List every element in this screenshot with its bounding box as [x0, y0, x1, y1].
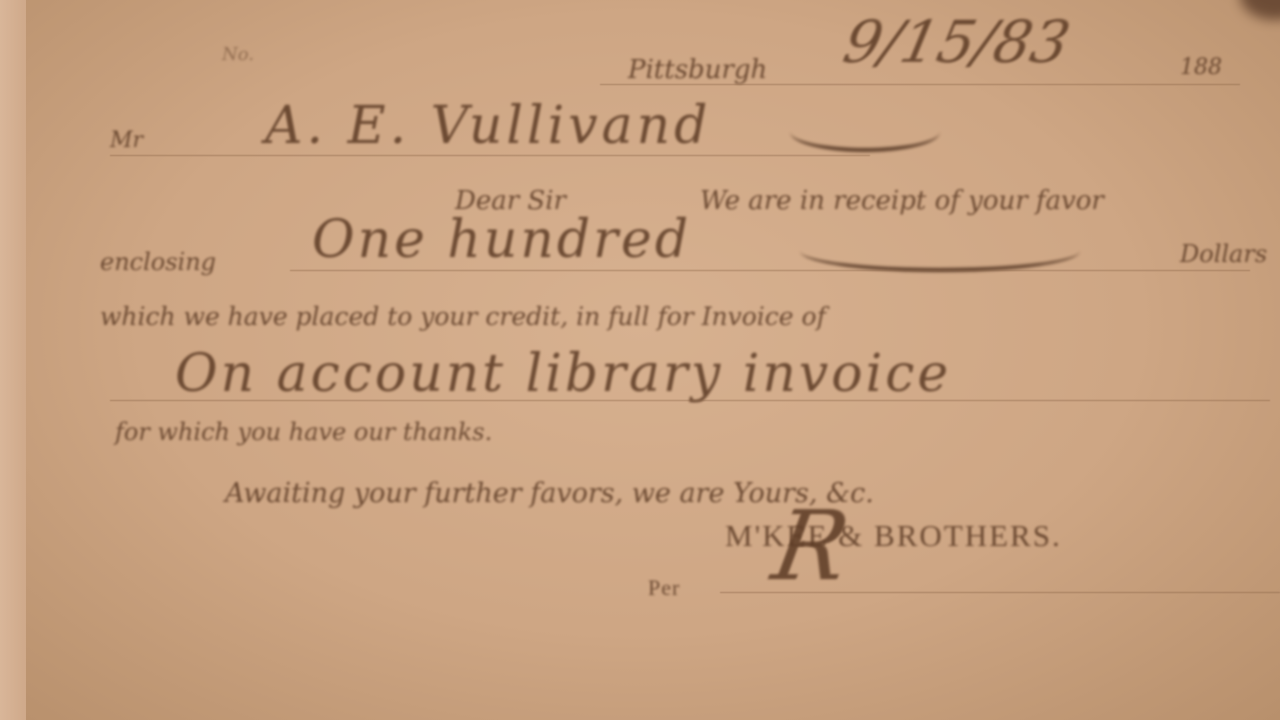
date-rule: [600, 84, 1240, 85]
handwritten-date: 9/15/83: [838, 8, 1076, 76]
receipt-line: We are in receipt of your favor: [700, 186, 1104, 216]
amount-rule: [290, 270, 1250, 271]
ink-blot: [1240, 0, 1280, 20]
invoice-rule: [110, 400, 1270, 401]
name-flourish: [790, 112, 940, 152]
amount-in-words: One hundred: [312, 210, 691, 270]
page-edge: [0, 0, 26, 720]
closing-line: Awaiting your further favors, we are You…: [225, 478, 874, 509]
year-prefix: 188: [1180, 55, 1222, 80]
amount-flourish: [800, 230, 1080, 272]
addressee-name: A. E. Vullivand: [265, 96, 711, 156]
letter-page: No. Pittsburgh 9/15/83 188 Mr A. E. Vull…: [0, 0, 1280, 720]
signature-rule: [720, 592, 1280, 593]
dollars-label: Dollars: [1180, 240, 1267, 268]
invoice-handwritten: On account library invoice: [175, 344, 951, 404]
place-name: Pittsburgh: [628, 55, 767, 85]
number-mark: No.: [222, 44, 254, 65]
per-label: Per: [648, 575, 680, 601]
addressee-rule: [110, 155, 870, 156]
credit-line: which we have placed to your credit, in …: [100, 302, 826, 331]
addressee-prefix: Mr: [110, 128, 143, 153]
thanks-line: for which you have our thanks.: [115, 418, 492, 446]
enclosing-label: enclosing: [100, 248, 216, 276]
